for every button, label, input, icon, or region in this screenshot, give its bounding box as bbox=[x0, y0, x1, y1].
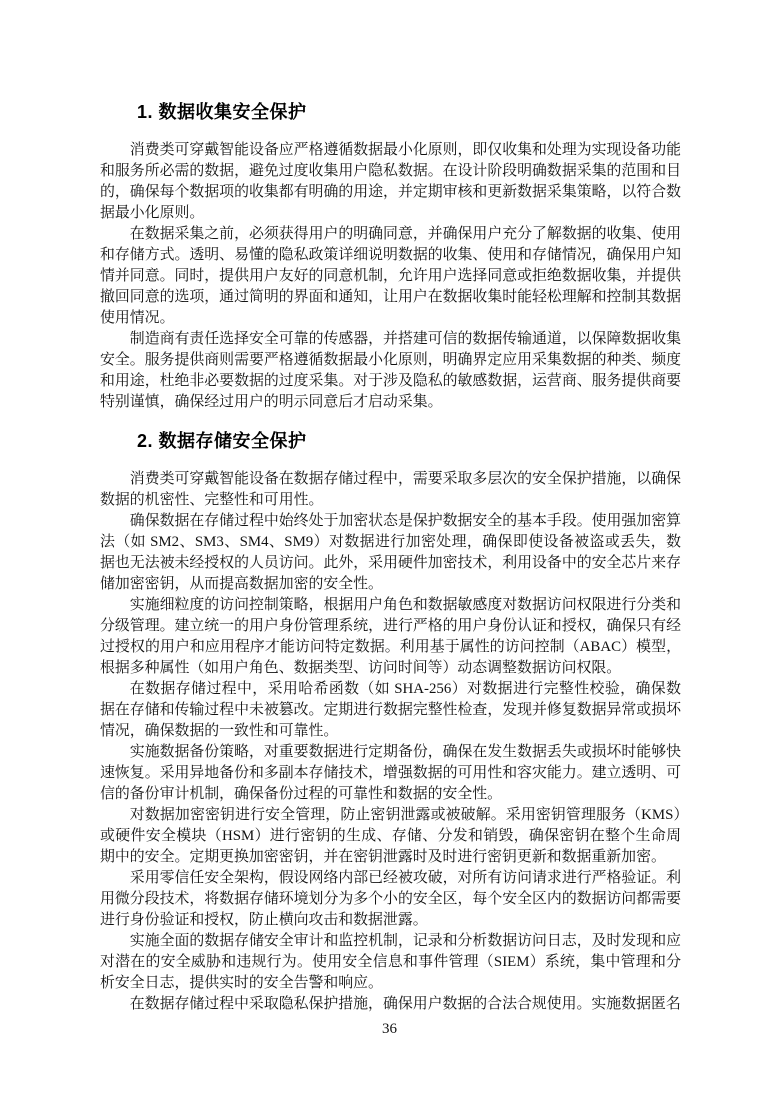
paragraph: 对数据加密密钥进行安全管理，防止密钥泄露或被破解。采用密钥管理服务（KMS）或硬… bbox=[100, 805, 681, 868]
paragraph: 确保数据在存储过程中始终处于加密状态是保护数据安全的基本手段。使用强加密算法（如… bbox=[100, 511, 681, 595]
page-content: 1. 数据收集安全保护 消费类可穿戴智能设备应严格遵循数据最小化原则，即仅收集和… bbox=[100, 0, 681, 1015]
section-heading-2: 2. 数据存储安全保护 bbox=[100, 429, 681, 453]
paragraph: 在数据采集之前，必须获得用户的明确同意，并确保用户充分了解数据的收集、使用和存储… bbox=[100, 224, 681, 329]
paragraph: 在数据存储过程中采取隐私保护措施，确保用户数据的合法合规使用。实施数据匿名 bbox=[100, 994, 681, 1015]
paragraph: 实施细粒度的访问控制策略，根据用户角色和数据敏感度对数据访问权限进行分类和分级管… bbox=[100, 595, 681, 679]
paragraph: 实施全面的数据存储安全审计和监控机制，记录和分析数据访问日志，及时发现和应对潜在… bbox=[100, 931, 681, 994]
section-heading-1: 1. 数据收集安全保护 bbox=[100, 100, 681, 124]
document-page: 1. 数据收集安全保护 消费类可穿戴智能设备应严格遵循数据最小化原则，即仅收集和… bbox=[0, 0, 779, 1111]
paragraph: 制造商有责任选择安全可靠的传感器，并搭建可信的数据传输通道，以保障数据收集安全。… bbox=[100, 329, 681, 413]
page-number: 36 bbox=[0, 1020, 779, 1038]
paragraph: 消费类可穿戴智能设备应严格遵循数据最小化原则，即仅收集和处理为实现设备功能和服务… bbox=[100, 140, 681, 224]
paragraph: 在数据存储过程中，采用哈希函数（如 SHA-256）对数据进行完整性校验，确保数… bbox=[100, 679, 681, 742]
paragraph: 消费类可穿戴智能设备在数据存储过程中，需要采取多层次的安全保护措施，以确保数据的… bbox=[100, 469, 681, 511]
paragraph: 采用零信任安全架构，假设网络内部已经被攻破，对所有访问请求进行严格验证。利用微分… bbox=[100, 868, 681, 931]
paragraph: 实施数据备份策略，对重要数据进行定期备份，确保在发生数据丢失或损坏时能够快速恢复… bbox=[100, 742, 681, 805]
